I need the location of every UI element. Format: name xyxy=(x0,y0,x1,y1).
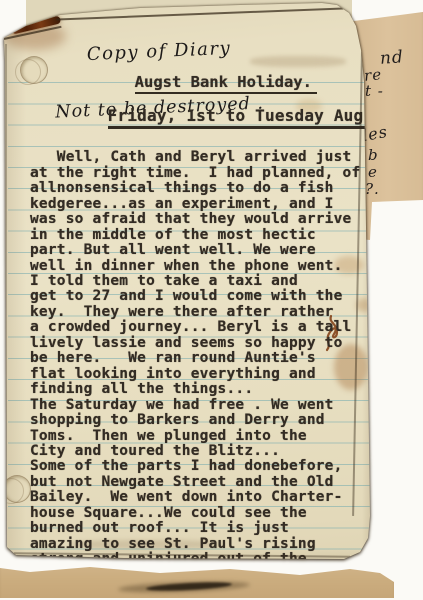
page-edge-left xyxy=(5,44,7,550)
side-note-fragment: nd xyxy=(379,47,404,69)
diary-page: Copy of Diary Not to be destroyed . Augs… xyxy=(4,2,380,574)
diary-page-wrap: Copy of Diary Not to be destroyed . Augs… xyxy=(4,2,380,574)
page-shading xyxy=(4,2,380,574)
scanned-diary-page: ndret -lesbe?. Copy of Diary xyxy=(0,0,423,600)
